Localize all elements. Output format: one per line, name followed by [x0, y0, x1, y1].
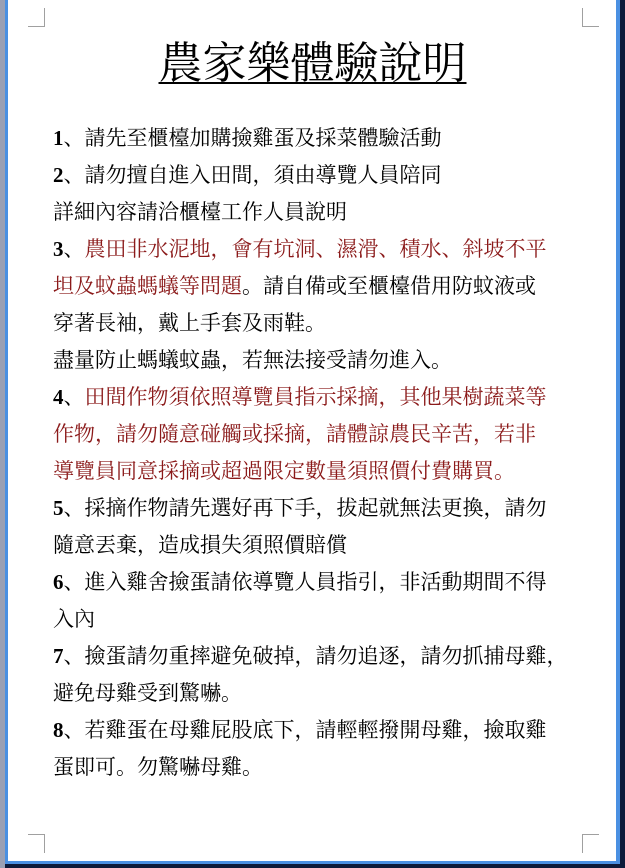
body-text: 請先至櫃檯加購撿雞蛋及採菜體驗活動 [85, 126, 442, 150]
body-text: 若雞蛋在母雞屁股底下，請輕輕撥開母雞，撿取雞 [85, 718, 547, 742]
instruction-item-3: 3、農田非水泥地，會有坑洞、濕滑、積水、斜坡不平 [53, 231, 583, 268]
item-separator: 、 [64, 644, 85, 668]
crop-mark-top-right [582, 8, 599, 27]
body-text: 請勿擅自進入田間，須由導覽人員陪同 [85, 163, 442, 187]
window-right-shadow [620, 0, 625, 868]
body-text: 隨意丟棄，造成損失須照價賠償 [53, 533, 347, 557]
instruction-continuation: 避免母雞受到驚嚇。 [53, 675, 583, 712]
instruction-continuation: 隨意丟棄，造成損失須照價賠償 [53, 527, 583, 564]
item-number: 3 [53, 237, 64, 261]
warning-text: 田間作物須依照導覽員指示採摘，其他果樹蔬菜等 [85, 385, 547, 409]
item-separator: 、 [64, 570, 85, 594]
crop-mark-bottom-right [582, 834, 599, 853]
warning-text: 作物，請勿隨意碰觸或採摘，請體諒農民辛苦，若非 [53, 422, 536, 446]
warning-text: 坦及蚊蟲螞蟻等問題 [53, 274, 242, 298]
instruction-continuation: 坦及蚊蟲螞蟻等問題。請自備或至櫃檯借用防蚊液或 [53, 268, 583, 305]
instruction-continuation: 盡量防止螞蟻蚊蟲，若無法接受請勿進入。 [53, 342, 583, 379]
body-text: 進入雞舍撿蛋請依導覽人員指引，非活動期間不得 [85, 570, 547, 594]
page-title-text: 農家樂體驗說明 [159, 38, 467, 89]
instruction-item-1: 1、請先至櫃檯加購撿雞蛋及採菜體驗活動 [53, 120, 583, 157]
instruction-item-5: 5、採摘作物請先選好再下手，拔起就無法更換，請勿 [53, 490, 583, 527]
body-text: 穿著長袖，戴上手套及雨鞋。 [53, 311, 326, 335]
item-number: 7 [53, 644, 64, 668]
item-number: 5 [53, 496, 64, 520]
item-separator: 、 [64, 237, 85, 261]
item-number: 8 [53, 718, 64, 742]
instruction-continuation: 導覽員同意採摘或超過限定數量須照價付費購買。 [53, 453, 583, 490]
item-separator: 、 [64, 126, 85, 150]
item-separator: 、 [64, 385, 85, 409]
body-text: 撿蛋請勿重摔避免破掉，請勿追逐，請勿抓捕母雞， [85, 644, 568, 668]
item-separator: 、 [64, 496, 85, 520]
warning-text: 農田非水泥地，會有坑洞、濕滑、積水、斜坡不平 [85, 237, 547, 261]
crop-mark-top-left [28, 8, 45, 27]
instructions-body: 1、請先至櫃檯加購撿雞蛋及採菜體驗活動2、請勿擅自進入田間，須由導覽人員陪同詳細… [53, 120, 583, 786]
instruction-continuation: 詳細內容請洽櫃檯工作人員說明 [53, 194, 583, 231]
body-text: 避免母雞受到驚嚇。 [53, 681, 242, 705]
body-text: 。請自備或至櫃檯借用防蚊液或 [242, 274, 536, 298]
instruction-item-2: 2、請勿擅自進入田間，須由導覽人員陪同 [53, 157, 583, 194]
body-text: 盡量防止螞蟻蚊蟲，若無法接受請勿進入。 [53, 348, 452, 372]
instruction-item-7: 7、撿蛋請勿重摔避免破掉，請勿追逐，請勿抓捕母雞， [53, 638, 583, 675]
body-text: 蛋即可。勿驚嚇母雞。 [53, 755, 263, 779]
body-text: 詳細內容請洽櫃檯工作人員說明 [53, 200, 347, 224]
item-number: 1 [53, 126, 64, 150]
page-title: 農家樂體驗說明 [0, 36, 625, 92]
instruction-continuation: 蛋即可。勿驚嚇母雞。 [53, 749, 583, 786]
item-separator: 、 [64, 718, 85, 742]
item-number: 4 [53, 385, 64, 409]
instruction-continuation: 入內 [53, 601, 583, 638]
item-number: 6 [53, 570, 64, 594]
body-text: 入內 [53, 607, 95, 631]
body-text: 採摘作物請先選好再下手，拔起就無法更換，請勿 [85, 496, 547, 520]
warning-text: 導覽員同意採摘或超過限定數量須照價付費購買。 [53, 459, 515, 483]
crop-mark-bottom-left [28, 834, 45, 853]
instruction-item-6: 6、進入雞舍撿蛋請依導覽人員指引，非活動期間不得 [53, 564, 583, 601]
instruction-item-8: 8、若雞蛋在母雞屁股底下，請輕輕撥開母雞，撿取雞 [53, 712, 583, 749]
item-number: 2 [53, 163, 64, 187]
instruction-item-4: 4、田間作物須依照導覽員指示採摘，其他果樹蔬菜等 [53, 379, 583, 416]
instruction-continuation: 穿著長袖，戴上手套及雨鞋。 [53, 305, 583, 342]
window-bottom-shadow [5, 864, 625, 868]
instruction-continuation: 作物，請勿隨意碰觸或採摘，請體諒農民辛苦，若非 [53, 416, 583, 453]
item-separator: 、 [64, 163, 85, 187]
